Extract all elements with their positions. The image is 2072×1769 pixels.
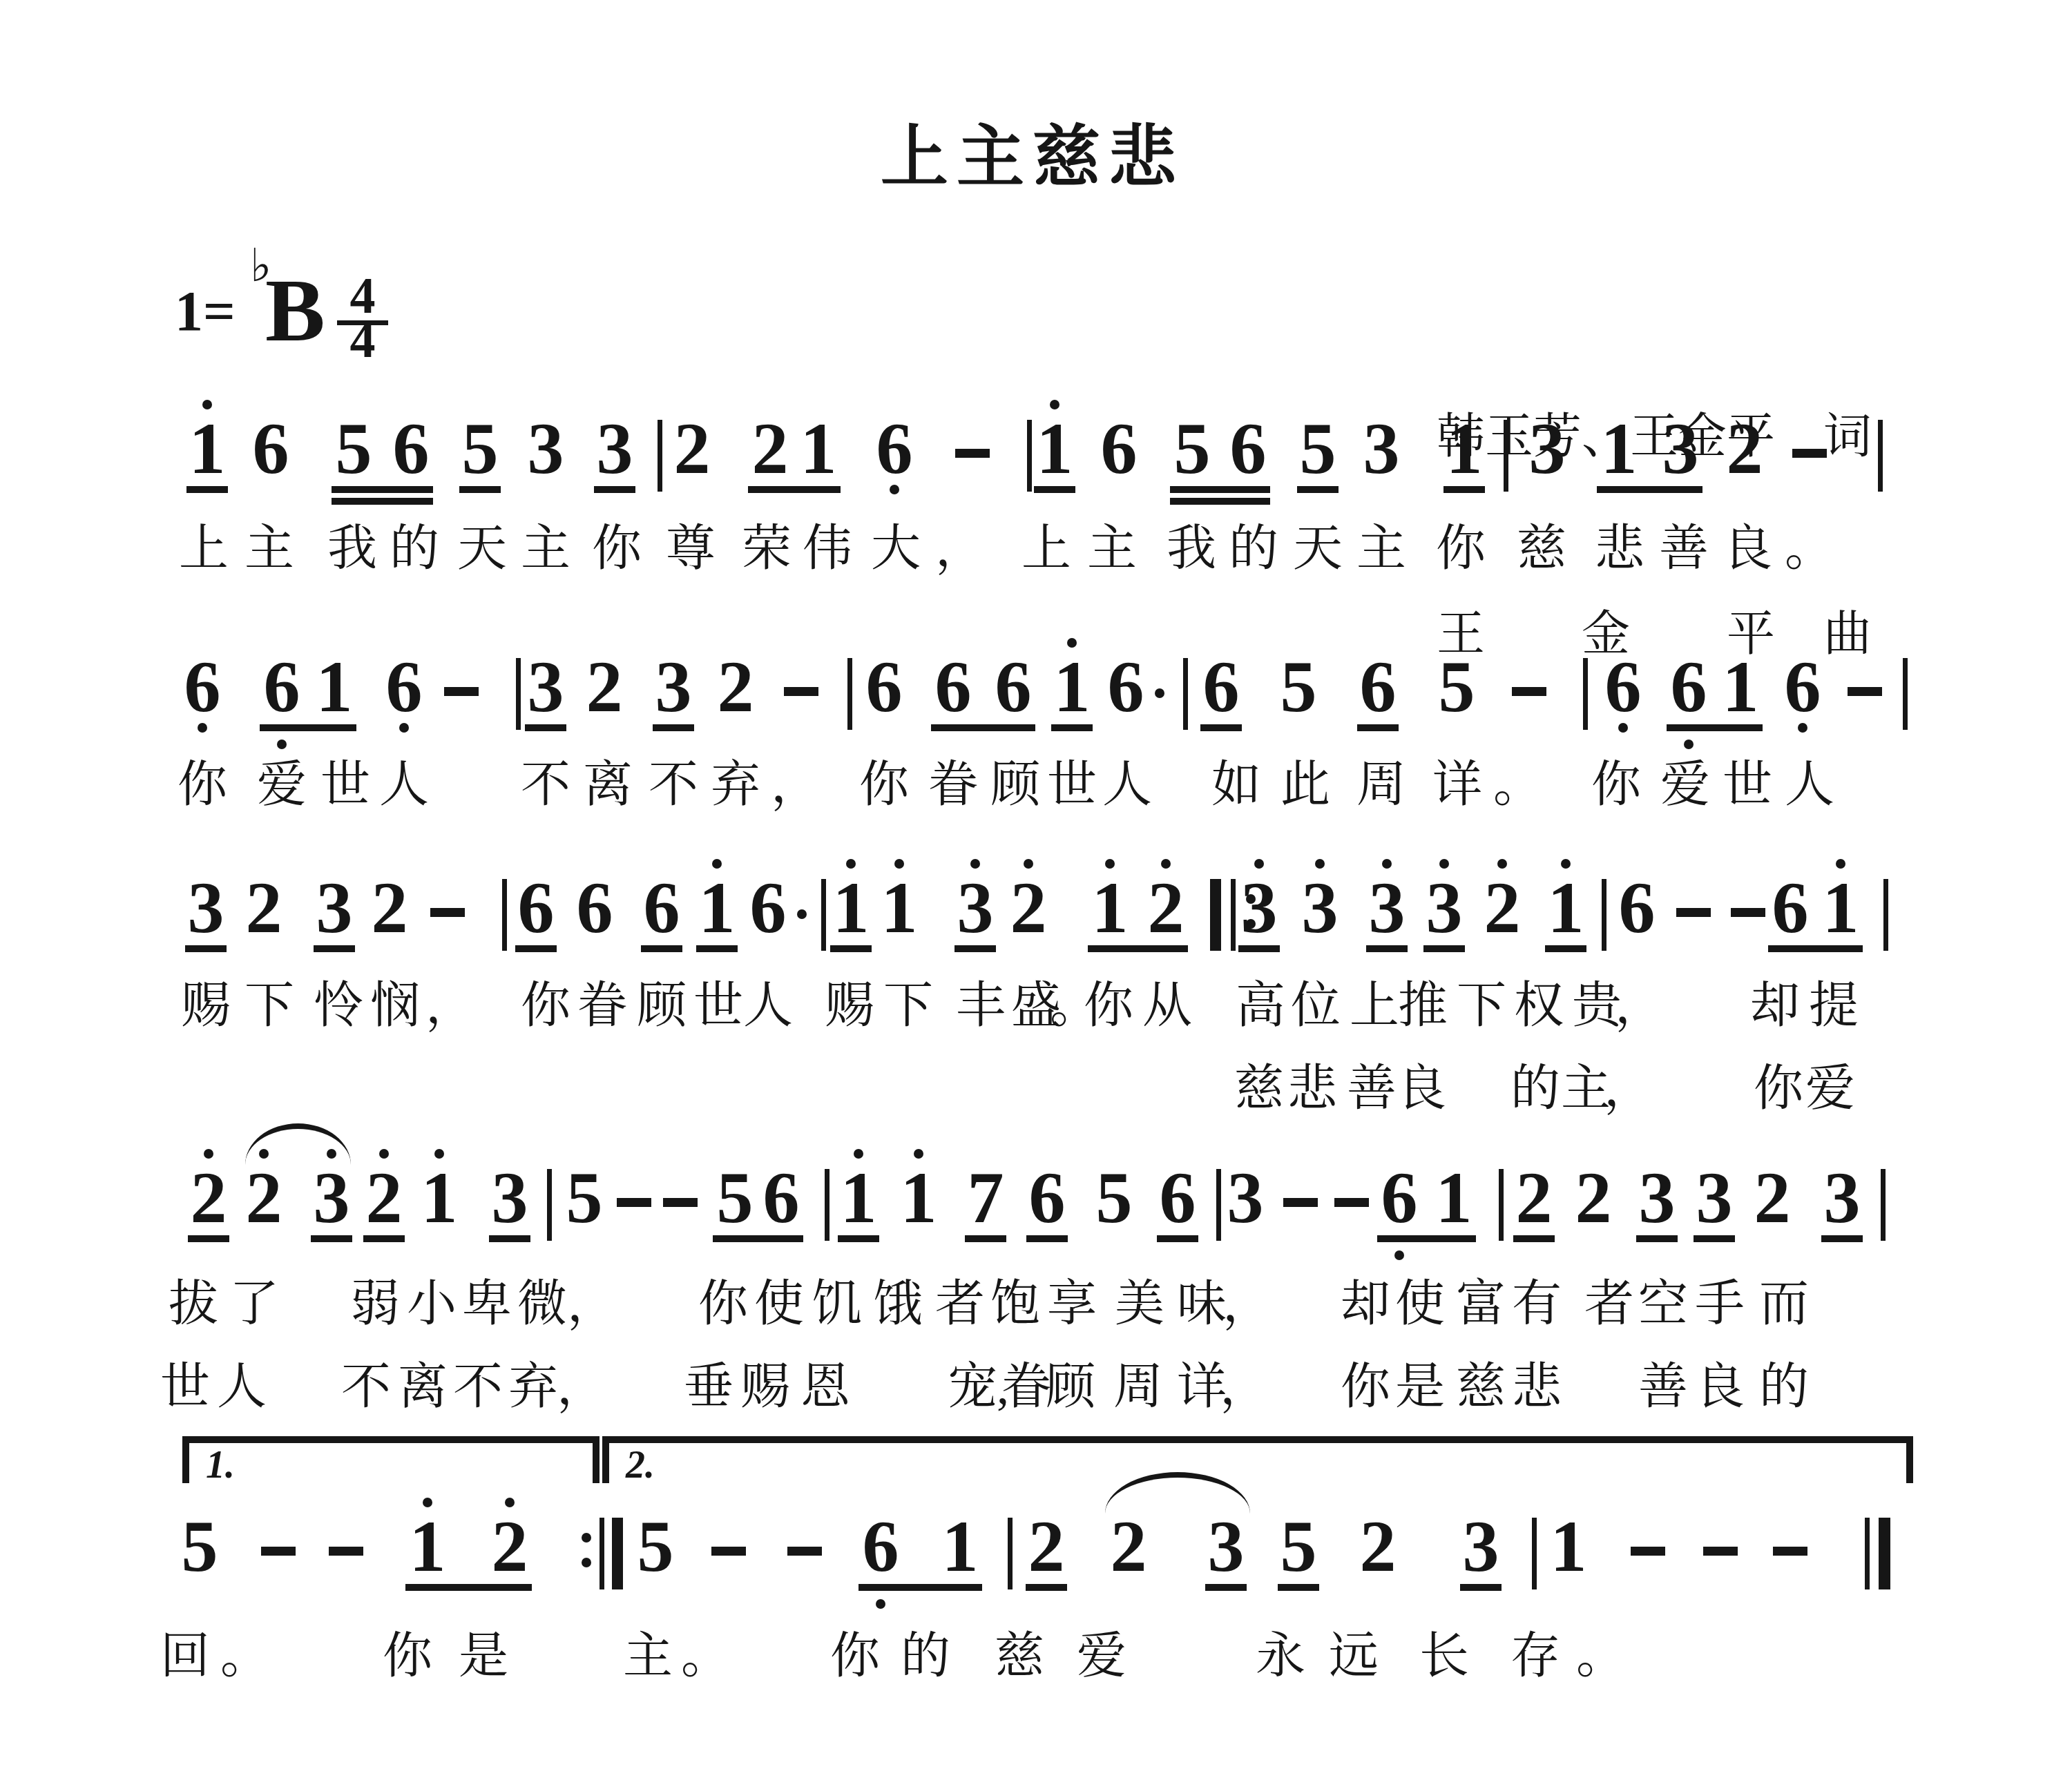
note-digit: 6 [995,650,1032,724]
note-digit: 2 [674,412,711,485]
dash-rest [444,687,479,696]
octave-dot-high [1315,859,1325,869]
lyric-char: 了 [229,1279,279,1328]
note-digit: 3 [528,650,564,724]
note-digit: 5 [1174,412,1211,485]
lyric-char: 不 [649,760,698,809]
underline-eighth [188,1235,229,1242]
note-digit: 6 [1203,650,1240,724]
lyric-char: 大 [871,523,921,573]
lyric-char: 却 [1750,980,1800,1030]
dash-rest [1773,1547,1807,1556]
lyric-char: 主 [1087,523,1137,573]
note-digit: 6 [253,412,289,485]
note-digit: 6 [750,871,787,945]
underline-eighth [830,945,872,952]
octave-dot-high [434,1149,444,1159]
note-digit: 1 [1092,871,1129,945]
lyric-char: 周 [1113,1362,1163,1411]
lyric-char: 你 [859,760,909,809]
lyric-char: 我 [1167,523,1216,573]
underline-eighth [955,945,996,952]
volta-bracket-2 [602,1436,1913,1483]
octave-dot-high [1561,859,1571,869]
underline-eighth [1366,945,1408,952]
dash-rest [787,1547,822,1556]
octave-dot-high [914,1149,923,1159]
lyric-char: 慈 [1234,1063,1284,1113]
beam-line [1170,498,1270,505]
lyric-char: 远 [1329,1631,1379,1681]
note-digit: 3 [957,871,994,945]
lyric-char: ， [771,760,821,809]
lyric-char: 爱 [1077,1631,1126,1681]
volta-label-1: 1. [206,1446,235,1485]
lyric-char: 下 [1457,980,1506,1030]
lyric-char: 存 [1510,1631,1560,1681]
lyric-char: 使 [754,1279,804,1328]
lyric-char: 饿 [873,1279,923,1328]
lyric-char: 爱 [257,760,307,809]
lyric-char: 者 [1584,1279,1634,1328]
lyric-char: 的 [1510,1063,1560,1113]
note-digit: 2 [1484,871,1521,945]
note-digit: 1 [942,1510,979,1583]
lyric-char: 手 [1695,1279,1745,1328]
note-digit: 6 [1160,1161,1196,1235]
underline-eighth [363,1235,405,1242]
lyric-char: 。 [681,1631,731,1681]
lyric-char: 慈 [995,1631,1044,1681]
note-digit: 5 [182,1510,218,1583]
barline [825,1169,829,1241]
note-digit: 6 [1029,1161,1066,1235]
lyric-char: 上 [179,523,229,573]
underline-eighth [1443,486,1485,493]
note-digit: 1 [800,412,837,485]
lyric-char: 悯 [370,980,420,1030]
lyric-char: 世 [1047,760,1097,809]
barline [1878,420,1883,492]
lyric-char: ， [935,523,985,573]
lyric-char: 的 [1229,523,1278,573]
underline-eighth [965,1235,1006,1242]
key-tonic: B [265,266,325,356]
key-signature: 1= ♭ B 4 4 [175,243,465,388]
note-digit: 5 [1280,1510,1317,1583]
note-digit: 1 [901,1161,937,1235]
octave-dot-high [1836,859,1845,869]
dash-rest [663,1198,698,1207]
dash-rest [1283,1198,1318,1207]
lyric-char: 是 [459,1631,508,1681]
note-digit: 5 [566,1161,603,1235]
octave-dot-low [198,723,207,733]
lyric-char: 不 [453,1362,503,1411]
note-digit: 2 [246,1161,282,1235]
lyric-char: 长 [1419,1631,1469,1681]
underline-eighth [1051,724,1093,731]
note-digit: 6 [1619,871,1656,945]
sheet-music-page: 上主慈悲 韩玉芳、王金平 词 王 金 平 曲 1= ♭ B 4 4 165653… [0,0,2072,1769]
lyric-char: 详 [1432,760,1482,809]
octave-dot-high [202,400,212,409]
note-digit: 6 [386,650,423,724]
augmentation-dot [797,909,807,919]
note-digit: 5 [637,1510,674,1583]
note-digit: 3 [314,1161,350,1235]
octave-dot-low [277,739,287,749]
underline-eighth [1026,1235,1068,1242]
lyric-char: 。 [1785,523,1834,573]
lyric-char: 回 [160,1631,210,1681]
note-digit: 5 [717,1161,754,1235]
note-digit: 3 [492,1161,528,1235]
barline [1027,420,1032,492]
octave-dot-high [505,1498,515,1507]
lyric-char: 你 [1754,1063,1803,1113]
note-digit: 2 [752,412,789,485]
dash-rest [1792,449,1827,458]
note-digit: 6 [1381,1161,1418,1235]
note-digit: 3 [1639,1161,1676,1235]
note-digit: 3 [1208,1510,1245,1583]
octave-dot-high [1105,859,1115,869]
note-digit: 3 [1426,871,1463,945]
note-digit: 6 [763,1161,800,1235]
lyric-char: 提 [1809,980,1859,1030]
lyric-char: 的 [390,523,439,573]
dash-rest [329,1547,363,1556]
beam-line [1088,945,1188,952]
underline-eighth [1357,724,1399,731]
lyricist-credit: 韩玉芳、王金平 词 [1437,405,1872,470]
lyric-char: 悲 [1287,1063,1337,1113]
octave-dot-low [876,1599,885,1609]
note-digit: 1 [881,871,918,945]
lyric-char: 的 [901,1631,950,1681]
note-digit: 5 [1280,650,1317,724]
lyric-char: 享 [1047,1279,1097,1328]
underline-eighth [186,486,228,493]
barline [1216,1169,1221,1241]
note-digit: 3 [1824,1161,1861,1235]
lyric-char: 。 [220,1631,270,1681]
note-digit: 2 [718,650,754,724]
note-digit: 3 [655,650,692,724]
underline-eighth [1278,1584,1319,1591]
lyric-char: 人 [743,980,793,1030]
lyric-char: 善 [1659,523,1709,573]
barline [658,420,662,492]
dash-rest [1703,1547,1738,1556]
lyric-char: 权 [1514,980,1564,1030]
note-digit: 2 [1028,1510,1065,1583]
beam-line [931,724,1035,731]
note-digit: 2 [1516,1161,1553,1235]
repeat-begin-thin-bar [1231,879,1236,951]
meter-denominator: 4 [350,315,376,366]
note-digit: 1 [1551,1510,1587,1583]
note-digit: 2 [1111,1510,1147,1583]
lyric-char: 弃 [711,760,760,809]
barline [516,658,521,730]
underline-eighth [1694,1235,1735,1242]
lyric-char: 世 [160,1362,210,1411]
lyric-char: 而 [1759,1279,1809,1328]
lyric-char: 下 [244,980,294,1030]
barline [1883,879,1888,951]
lyric-char: 。 [1576,1631,1626,1681]
note-digit: 2 [366,1161,403,1235]
note-digit: 6 [866,650,903,724]
lyric-char: 味 [1177,1279,1227,1328]
lyric-char: 是 [1395,1362,1445,1411]
dash-rest [955,449,990,458]
lyric-char: 。 [1493,760,1543,809]
lyric-char: ， [557,1362,606,1411]
note-digit: 6 [1785,650,1821,724]
note-digit: 2 [1727,412,1763,485]
lyric-char: 主 [521,523,570,573]
lyric-char: 丰 [956,980,1006,1030]
barline [847,658,852,730]
repeat-end-dot-icon [582,1558,591,1567]
lyric-char: ， [1220,1362,1269,1411]
lyric-char: 世 [1723,760,1772,809]
note-digit: 1 [833,871,870,945]
note-digit: 3 [597,412,633,485]
beam-line [1667,724,1763,731]
octave-dot-low [1618,723,1628,733]
octave-dot-low [890,485,899,494]
dash-rest [1334,1198,1369,1207]
underline-eighth [185,945,227,952]
note-digit: 5 [1096,1161,1133,1235]
underline-eighth [314,945,355,952]
dash-rest [617,1198,651,1207]
dash-rest [1512,687,1546,696]
underline-eighth [1636,1235,1678,1242]
lyric-char: 主 [623,1631,673,1681]
lyric-char: ， [1222,1279,1272,1328]
note-digit: 1 [1037,412,1073,485]
note-digit: 1 [1601,412,1638,485]
underline-eighth [489,1235,530,1242]
lyric-char: 人 [217,1362,267,1411]
underline-eighth [1423,945,1465,952]
lyric-char: 人 [379,760,429,809]
lyric-char: 上 [1021,523,1071,573]
note-digit: 6 [1101,412,1138,485]
lyric-char: ， [567,1279,617,1328]
repeat-end-thick-bar [612,1518,623,1589]
lyric-char: ， [1604,1063,1653,1113]
note-digit: 3 [1662,412,1699,485]
lyric-char: 眷 [577,980,627,1030]
note-digit: 6 [935,650,972,724]
underline-eighth [311,1235,352,1242]
note-digit: 6 [1108,650,1144,724]
lyric-char: 我 [327,523,377,573]
beam-line [1377,1235,1476,1242]
note-digit: 1 [1548,871,1584,945]
slur-arc [245,1123,351,1165]
note-digit: 6 [1671,650,1707,724]
note-digit: 5 [1439,650,1475,724]
lyric-char: 顾 [990,760,1040,809]
underline-eighth [594,486,635,493]
note-digit: 1 [1823,871,1859,945]
underline-eighth [641,945,682,952]
lyric-char: 你 [830,1631,880,1681]
note-digit: 6 [184,650,221,724]
octave-dot-high [712,859,722,869]
note-digit: 2 [1010,871,1047,945]
lyric-char: 顾 [637,980,687,1030]
note-digit: 1 [189,412,226,485]
note-digit: 1 [1723,650,1759,724]
dash-rest [1676,908,1711,917]
underline-eighth [1205,1584,1247,1591]
underline-eighth [1821,1235,1863,1242]
lyric-char: 垂 [684,1362,733,1411]
octave-dot-high [423,1498,432,1507]
note-digit: 5 [1300,412,1336,485]
beam-line [1170,486,1270,493]
lyric-char: 尊 [666,523,716,573]
beam-line [260,724,356,731]
octave-dot-high [204,1149,213,1159]
dash-rest [1631,1547,1665,1556]
dash-rest [430,908,465,917]
barline [1532,1518,1537,1589]
underline-eighth [1545,945,1586,952]
lyric-char: 赐 [181,980,231,1030]
lyric-char: 天 [1293,523,1343,573]
octave-dot-low [1394,1250,1404,1260]
lyric-char: 世 [320,760,370,809]
lyric-char: ， [1615,980,1665,1030]
lyric-char: 善 [1347,1063,1397,1113]
lyric-char: 你 [1591,760,1641,809]
note-digit: 6 [518,871,555,945]
beam-line [332,486,433,493]
lyric-char: 你 [1436,523,1486,573]
note-digit: 1 [841,1161,877,1235]
note-digit: 3 [1363,412,1400,485]
note-digit: 6 [644,871,680,945]
underline-eighth [1460,1584,1502,1591]
note-digit: 3 [1302,871,1339,945]
beam-line [1597,486,1702,493]
lyric-char: 空 [1638,1279,1688,1328]
lyric-char: 此 [1280,760,1330,809]
note-digit: 6 [393,412,430,485]
barline [1504,420,1508,492]
note-digit: 3 [1369,871,1406,945]
dash-rest [261,1547,296,1556]
volta-label-2: 2. [626,1446,655,1485]
lyric-char: 你 [698,1279,748,1328]
barline [502,879,507,951]
lyric-char: 宠 [948,1362,997,1411]
octave-dot-high [1024,859,1033,869]
note-digit: 6 [264,650,300,724]
lyric-char: 你 [178,760,227,809]
volta-bracket-1 [182,1436,599,1483]
underline-eighth [1200,724,1242,731]
note-digit: 3 [1241,871,1278,945]
note-digit: 5 [462,412,499,485]
lyric-char: 有 [1512,1279,1562,1328]
lyric-char: 人 [1785,760,1834,809]
lyric-char: 赐 [740,1362,790,1411]
lyric-char: 饥 [812,1279,862,1328]
repeat-end-dot-icon [582,1533,591,1543]
lyric-char: 饱 [990,1279,1040,1328]
lyric-char: 推 [1398,980,1448,1030]
beam-line [405,1584,532,1591]
lyric-char: 悲 [1512,1362,1562,1411]
lyric-char: 赐 [825,980,874,1030]
note-digit: 1 [1054,650,1091,724]
underline-eighth [838,1235,879,1242]
underline-eighth [696,945,738,952]
lyric-char: 世 [693,980,743,1030]
lyric-char: 拔 [169,1279,218,1328]
lyric-char: 慈 [1517,523,1566,573]
lyric-char: 眷 [928,760,978,809]
underline-eighth [1034,486,1075,493]
octave-dot-high [854,1149,863,1159]
note-digit: 1 [699,871,736,945]
barline [1583,658,1588,730]
augmentation-dot [1155,688,1164,698]
lyric-char: 上 [1350,980,1399,1030]
lyric-char: ， [425,980,475,1030]
lyric-char: 离 [398,1362,448,1411]
dash-rest [1731,908,1765,917]
lyric-char: 荣 [742,523,792,573]
lyric-char: 永 [1256,1631,1305,1681]
octave-dot-high [379,1149,389,1159]
note-digit: 2 [586,650,623,724]
beam-line [858,1584,982,1591]
lyric-char: 高 [1236,980,1285,1030]
lyric-char: 美 [1115,1279,1164,1328]
lyric-char: 善 [1638,1362,1688,1411]
dash-rest [1848,687,1882,696]
note-digit: 1 [1436,1161,1473,1235]
underline-eighth [653,724,694,731]
lyric-char: 卑 [462,1279,512,1328]
note-digit: 6 [1772,871,1809,945]
octave-dot-high [1497,859,1507,869]
lyric-char: 使 [1395,1279,1445,1328]
note-digit: 6 [577,871,613,945]
final-bar-thick [1879,1518,1890,1589]
octave-dot-high [1067,638,1077,648]
note-digit: 2 [492,1510,528,1583]
repeat-begin-thick-bar [1210,879,1221,951]
lyric-char: 怜 [314,980,363,1030]
barline [821,879,826,951]
lyric-char: 却 [1341,1279,1390,1328]
octave-dot-high [1254,859,1264,869]
underline-eighth [1238,945,1280,952]
barline [1008,1518,1013,1589]
